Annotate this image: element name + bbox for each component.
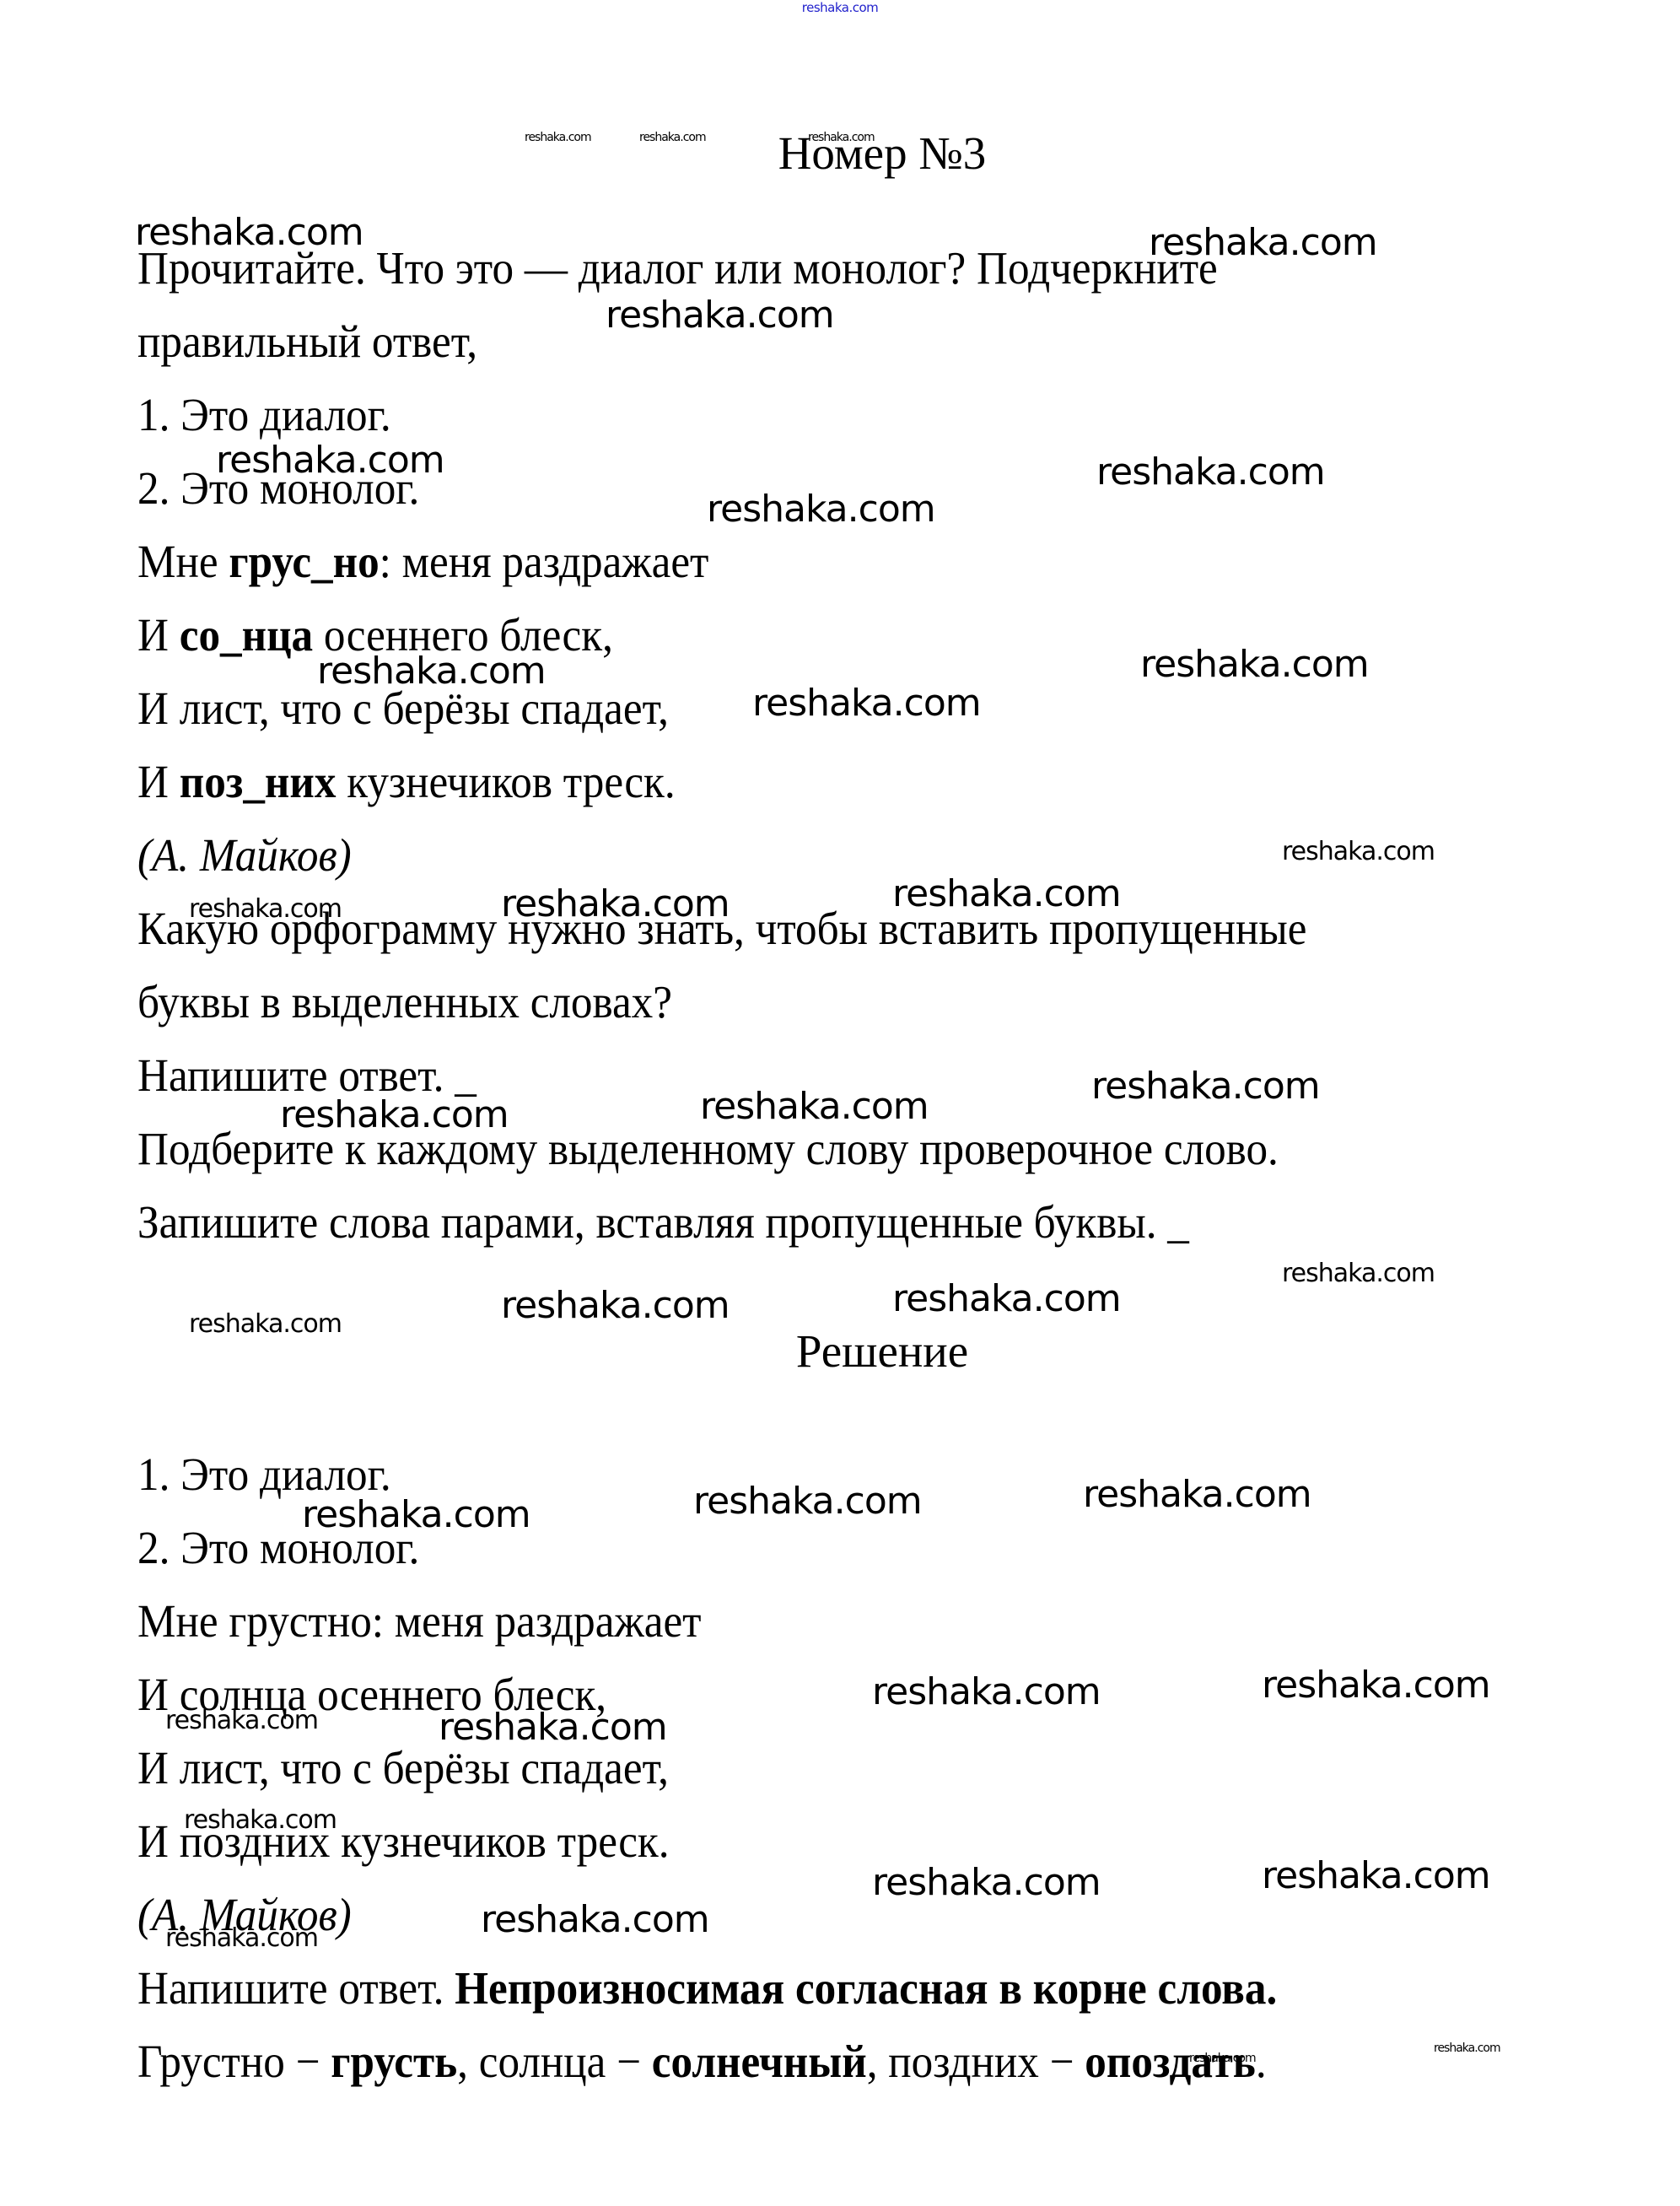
highlighted-word: поз_них xyxy=(180,756,337,807)
highlighted-word: со_нца xyxy=(180,609,313,661)
watermark: reshaka.com xyxy=(1282,1259,1435,1288)
watermark: reshaka.com xyxy=(1282,837,1435,866)
watermark: reshaka.com xyxy=(439,1706,667,1749)
watermark: reshaka.com xyxy=(1434,2041,1500,2055)
watermark: reshaka.com xyxy=(892,1277,1121,1320)
site-link[interactable]: reshaka.com xyxy=(0,0,1680,15)
watermark: reshaka.com xyxy=(1091,1065,1320,1108)
watermark: reshaka.com xyxy=(892,872,1121,915)
question-line-4: Запишите слова парами, вставляя пропущен… xyxy=(137,1195,1189,1249)
watermark: reshaka.com xyxy=(606,294,834,337)
watermark: reshaka.com xyxy=(1262,1854,1490,1897)
watermark: reshaka.com xyxy=(700,1085,929,1128)
watermark: reshaka.com xyxy=(872,1861,1101,1904)
watermark: reshaka.com xyxy=(808,131,875,144)
watermark: reshaka.com xyxy=(302,1493,530,1536)
solution-answer: Напишите ответ. Непроизносимая согласная… xyxy=(137,1961,1277,2015)
solution-poem-line-3: И лист, что с берёзы спадает, xyxy=(137,1741,669,1795)
watermark: reshaka.com xyxy=(1262,1664,1490,1707)
watermark: reshaka.com xyxy=(707,488,935,531)
watermark: reshaka.com xyxy=(525,131,591,144)
task-instruction-cont: правильный ответ, xyxy=(137,315,477,369)
watermark: reshaka.com xyxy=(189,894,342,924)
watermark: reshaka.com xyxy=(1189,2052,1256,2065)
watermark: reshaka.com xyxy=(135,211,363,254)
watermark: reshaka.com xyxy=(693,1480,922,1523)
watermark: reshaka.com xyxy=(189,1309,342,1339)
poem-author: (А. Майков) xyxy=(137,828,352,882)
option-1: 1. Это диалог. xyxy=(137,388,391,442)
watermark: reshaka.com xyxy=(481,1898,709,1941)
watermark: reshaka.com xyxy=(1140,643,1369,686)
highlighted-word: грус_но xyxy=(229,536,379,587)
question-line-2: буквы в выделенных словах? xyxy=(137,975,672,1029)
watermark: reshaka.com xyxy=(752,682,981,725)
poem-line-4: И поз_них кузнечиков треск. xyxy=(137,755,676,809)
watermark: reshaka.com xyxy=(1149,221,1377,264)
solution-pairs: Грустно − грусть, солнца − солнечный, по… xyxy=(137,2035,1267,2089)
watermark: reshaka.com xyxy=(165,1706,318,1735)
watermark: reshaka.com xyxy=(872,1670,1101,1713)
solution-poem-line-1: Мне грустно: меня раздражает xyxy=(137,1594,702,1648)
watermark: reshaka.com xyxy=(165,1923,318,1953)
watermark: reshaka.com xyxy=(280,1093,509,1136)
watermark: reshaka.com xyxy=(501,882,730,925)
watermark: reshaka.com xyxy=(501,1284,730,1327)
poem-line-1: Мне грус_но: меня раздражает xyxy=(137,535,708,589)
watermark: reshaka.com xyxy=(216,439,444,482)
watermark: reshaka.com xyxy=(184,1805,337,1835)
watermark: reshaka.com xyxy=(1083,1473,1311,1516)
watermark: reshaka.com xyxy=(639,131,706,144)
watermark: reshaka.com xyxy=(1096,450,1325,494)
watermark: reshaka.com xyxy=(317,650,546,693)
